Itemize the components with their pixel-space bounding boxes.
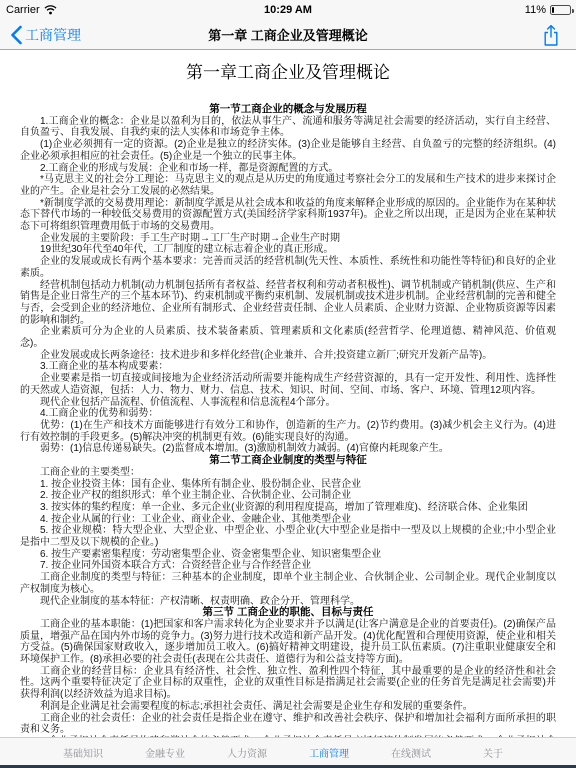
content-block: 第一章工商企业及管理概论 [20, 62, 556, 84]
content-block: 4. 按企业从属的行业：工业企业、商业企业、金融企业、其他类型企业 [20, 514, 556, 526]
back-button[interactable]: 工商管理 [10, 20, 81, 49]
tab-item[interactable]: 工商管理 [288, 750, 370, 760]
content-block: 工商企业的经营目标：企业具有经济性、社会性、独立性、盈利性四个特征，其中最重要的… [20, 666, 556, 701]
battery-icon [550, 5, 571, 15]
content-block: 4.工商企业的优势和弱势： [20, 408, 556, 420]
content-block: 企业要素是指一切直接或间接地为企业经济活动所需要并能构成生产经营资源的，具有一定… [20, 373, 556, 396]
content-block: 3. 按实体的集约程度：单一企业、多元企业(业资源的利用程度提高，增加了管理难度… [20, 502, 556, 514]
status-time: 10:29 AM [0, 0, 576, 20]
content-block: 19世纪30年代至40年代，工厂制度的建立标志着企业的真正形成。 [20, 244, 556, 256]
content-block: 企业的发展或成长有两个基本要求：完善而灵活的经营机制(先天性、本质性、系统性和功… [20, 256, 556, 279]
back-button-label: 工商管理 [25, 25, 81, 45]
content-block: 1. 按企业投资主体：国有企业、集体所有制企业、股份制企业、民营企业 [20, 479, 556, 491]
content-block: (1)企业必须拥有一定的资源。(2)企业是独立的经济实体。(3)企业是能够自主经… [20, 139, 556, 162]
app-screen: Carrier 10:29 AM 11% 工商管理 第一章 [0, 0, 576, 768]
content-block: 工商企业的基本职能：(1)把国家和客户需求转化为企业要求并予以满足(让客户满意是… [20, 619, 556, 666]
chevron-left-icon [10, 25, 22, 45]
content-block: *马克思主义的社会分工理论：马克思主义的观点是从历史的角度通过考察社会分工的发展… [20, 174, 556, 197]
status-bar: Carrier 10:29 AM 11% [0, 0, 576, 20]
content-block: 企业发展的主要阶段：手工生产时期→工厂生产时期→企业生产时期 [20, 233, 556, 245]
content-block: 经营机制包括动力机制(动力机制包括所有者权益、经营者权利和劳动者积极性)、调节机… [20, 280, 556, 327]
content-block: 7. 按企业同外国资本联合方式：合资经营企业与合作经营企业 [20, 560, 556, 572]
content-block: 1.工商企业的概念：企业是以盈利为目的，依法从事生产、流通和服务等满足社会需要的… [20, 116, 556, 139]
content-block: *新制度学派的交易费用理论：新制度学派是从社会成本和收益的角度来解释企业形成的原… [20, 198, 556, 233]
navigation-bar: 工商管理 第一章 工商企业及管理概论 [0, 20, 576, 50]
content-block: 第一节工商企业的概念与发展历程 [20, 104, 556, 116]
tab-item[interactable]: 金融专业 [124, 750, 206, 760]
tab-item[interactable]: 在线测试 [370, 750, 452, 760]
content-block: 现代企业包括产品流程、价值流程、人事流程和信息流程4个部分。 [20, 397, 556, 409]
content-block: 工商企业制度的类型与特征：三种基本的企业制度，即单个业主制企业、合伙制企业、公司… [20, 572, 556, 595]
content-block: 2. 按企业产权的组织形式：单个业主制企业、合伙制企业、公司制企业 [20, 490, 556, 502]
document-content[interactable]: 第一章工商企业及管理概论第一节工商企业的概念与发展历程1.工商企业的概念：企业是… [0, 50, 576, 737]
tab-item[interactable]: 关于 [452, 750, 534, 760]
content-block: 优势：(1)在生产和技术方面能够进行有效分工和协作，创造新的生产力。(2)节约费… [20, 420, 556, 443]
content-block: 第三节 工商企业的职能、目标与责任 [20, 607, 556, 619]
tab-item[interactable]: 人力资源 [206, 750, 288, 760]
content-block: 2.工商企业的形成与发展：企业和市场一样，都是资源配置的方式。 [20, 163, 556, 175]
status-right: 11% [525, 0, 571, 20]
content-block: 企业素质可分为企业的人员素质、技术装备素质、管理素质和文化素质(经营哲学、伦理道… [20, 326, 556, 349]
share-icon [542, 24, 560, 47]
content-block: 第二节工商企业制度的类型与特征 [20, 455, 556, 467]
content-block: 工商企业的主要类型： [20, 467, 556, 479]
tab-item[interactable]: 基础知识 [42, 750, 124, 760]
content-block: 5. 按企业规模：特大型企业、大型企业、中型企业、小型企业(大中型企业是指中一型… [20, 525, 556, 548]
tab-bar: 基础知识金融专业人力资源工商管理在线测试关于 [0, 737, 576, 768]
page-title: 第一章 工商企业及管理概论 [90, 20, 486, 49]
battery-percent-label: 11% [525, 4, 546, 16]
content-block: 6. 按生产要素密集程度：劳动密集型企业、资金密集型企业、知识密集型企业 [20, 549, 556, 561]
content-block: 3.工商企业的基本构成要素： [20, 361, 556, 373]
share-button[interactable] [540, 23, 562, 47]
content-block: 工商企业的社会责任：企业的社会责任是指企业在遵守、维护和改善社会秩序、保护和增加… [20, 713, 556, 736]
content-block: 利润是企业满足社会需要程度的标志;承担社会责任、满足社会需要是企业生存和发展的重… [20, 701, 556, 713]
content-block: 企业发展或成长两条途径：技术进步和多样化经营(企业兼并、合并;投资建立新厂;研究… [20, 350, 556, 362]
